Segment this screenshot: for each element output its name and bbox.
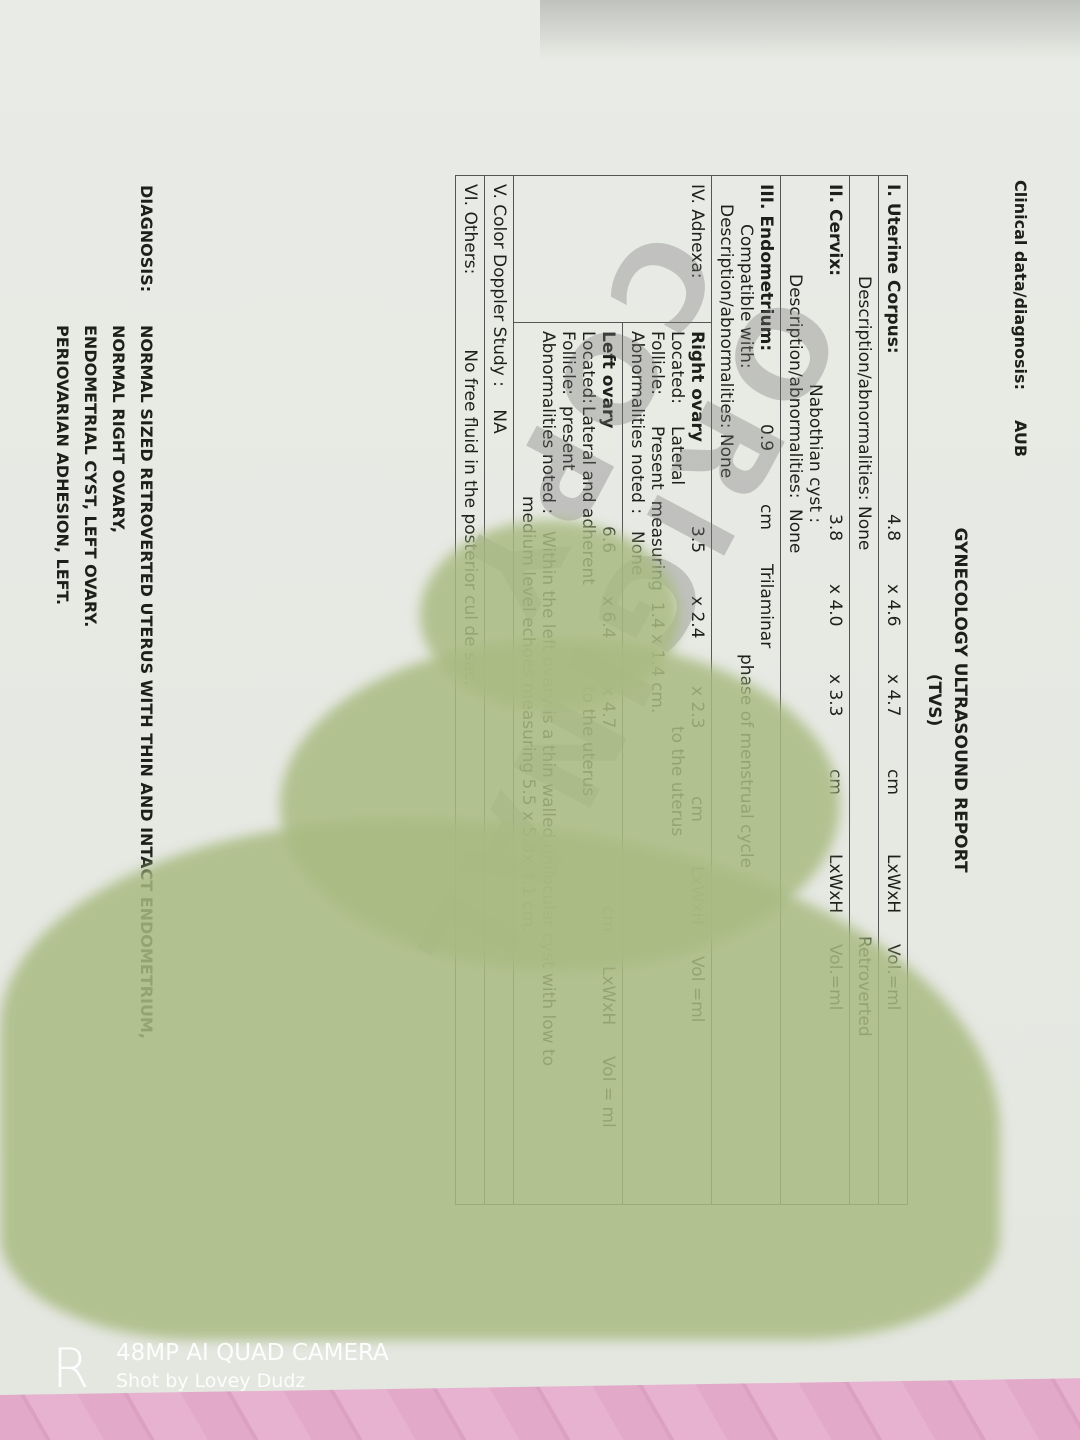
realme-logo-icon: R [52, 1340, 98, 1398]
cervix-width: x 4.0 [825, 584, 845, 674]
clinical-label: Clinical data/diagnosis: [1011, 180, 1030, 390]
cervix-length: 3.8 [825, 514, 845, 584]
cervix-height: x 3.3 [825, 674, 845, 769]
report-subtitle: (TVS) [924, 500, 944, 900]
uterine-desc-value: None [854, 506, 874, 936]
uterine-height: x 4.7 [883, 674, 903, 769]
uterine-desc-label: Description/abnormalities: [854, 276, 874, 506]
uterine-length: 4.8 [883, 514, 903, 584]
uterine-corpus-label: I. Uterine Corpus: [883, 184, 903, 514]
endometrium-pattern: Trilaminar [756, 564, 776, 648]
others-label: VI. Others: [460, 184, 480, 344]
doppler-label: V. Color Doppler Study : [489, 184, 509, 404]
diagnosis-label: DIAGNOSIS: [132, 185, 160, 292]
clinical-data: Clinical data/diagnosis:AUB [1011, 180, 1030, 457]
uterine-width: x 4.6 [883, 584, 903, 674]
uterine-unit: cm [883, 769, 903, 854]
report-title: GYNECOLOGY ULTRASOUND REPORT [950, 500, 970, 900]
camera-line2: Shot by Lovey Dudz [116, 1370, 305, 1392]
diagnosis-block: DIAGNOSIS: NORMAL SIZED RETROVERTED UTER… [132, 185, 160, 292]
clinical-value: AUB [1011, 420, 1030, 457]
camera-line1: 48MP AI QUAD CAMERA [116, 1340, 389, 1366]
uterine-dims-label: LxWxH [883, 854, 903, 944]
cervix-desc-value: None [785, 509, 805, 553]
hand-shadow-thumb [420, 520, 680, 710]
